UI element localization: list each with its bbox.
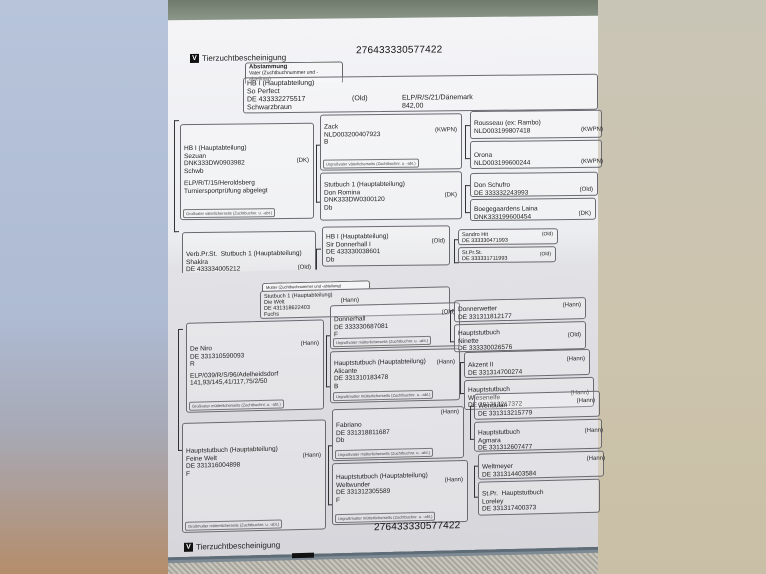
certificate-number-footer: 276433330577422 xyxy=(374,520,460,533)
sire-performance: ELP/R/S/21/Dänemark xyxy=(402,94,473,103)
mgd-dam-box: Hauptstutbuch (Hauptabteilung) Weltwunde… xyxy=(332,460,468,525)
mgs-sire-box: Donnerhall DE 333330687081 F (Old) Urgro… xyxy=(330,302,460,349)
ggp5-ueln: DE 333330471993 xyxy=(462,237,554,244)
mgs-caption: Großvater mütterlicherseits (Zuchtbuchnr… xyxy=(189,399,284,411)
ggp6-ueln: DE 333331711993 xyxy=(462,255,552,262)
background-left-blur xyxy=(0,0,170,574)
background-right-blur xyxy=(598,0,766,574)
pgss-studbook: (KWPN) xyxy=(435,127,457,135)
mgd-caption: Großmutter mütterlicherseits (Zuchtbuchn… xyxy=(185,519,282,531)
maternal-granddam-box: Hauptstutbuch (Hauptabteilung) Feine Wel… xyxy=(182,419,326,533)
mgd-sire-box: Fabriano DE 331318811687 Db (Hann) Urgro… xyxy=(332,406,464,461)
pgd-registry: Stutbuch 1 (Hauptabteilung) xyxy=(221,250,302,258)
pgsd-color: Db xyxy=(324,203,458,212)
mgs-dam-box: Hauptstutbuch (Hauptabteilung) Alicante … xyxy=(330,348,460,403)
ggp-box-8: St.Pr. Hauptstutbuch Loreley DE 33131740… xyxy=(478,479,600,516)
pgs-caption: Großvater väterlicherseits (Zuchtbuchnr.… xyxy=(183,208,275,218)
mggp6-studbook: (Hann) xyxy=(585,428,603,436)
pgs-studbook: (DK) xyxy=(297,158,309,166)
ggp3-studbook: (Old) xyxy=(580,187,593,195)
mgd-studbook: (Hann) xyxy=(303,453,321,461)
ggp5-studbook: (Old) xyxy=(542,231,553,237)
ggp2-studbook: (KWPN) xyxy=(581,159,603,167)
pgs-note: Turniersportprüfung abgelegt xyxy=(184,186,310,195)
mgdd-studbook: (Hann) xyxy=(445,477,463,485)
mggp7-studbook: (Hann) xyxy=(587,456,605,464)
paternal-grandsire-box: HB I (Hauptabteilung) Sezuan DNK333DW090… xyxy=(180,123,314,220)
ggp1-studbook: (KWPN) xyxy=(581,127,603,135)
ggp-box-1: Donnerwetter DE 331311812177 (Hann) xyxy=(454,297,586,322)
ggp4-ueln: DNK333199600454 xyxy=(474,212,592,221)
pgds-color: Db xyxy=(326,255,446,264)
pgds-studbook: (Old) xyxy=(432,238,445,246)
mgsd-caption: Urgroßmutter mütterlicherseits (Zuchtbuc… xyxy=(333,389,433,401)
pgsd-studbook: (DK) xyxy=(445,192,457,200)
ggp6-studbook: (Old) xyxy=(540,251,551,257)
pedigree-page-top: VTierzuchtbescheinigung 276433330577422 … xyxy=(168,16,598,289)
pgs-dam-box: Stutbuch 1 (Hauptabteilung) Don Romina D… xyxy=(320,171,462,220)
mgds-caption: Urgroßvater mütterlicherseits (Zuchtbuch… xyxy=(335,447,433,459)
ggp-box-2: Orona NLD003199600244 (KWPN) xyxy=(470,140,602,169)
pgd-prefix: Verb.Pr.St. xyxy=(186,251,217,258)
v-badge-icon: V xyxy=(190,54,199,63)
sire-studbook: (Old) xyxy=(352,95,368,103)
page-tab-marker xyxy=(292,553,314,559)
pgd-sire-box: HB I (Hauptabteilung) Sir Donnerhall I D… xyxy=(322,225,450,266)
mgss-caption: Urgroßvater mütterlicherseits (Zuchtbuch… xyxy=(333,335,431,347)
certificate-number: 276433330577422 xyxy=(356,44,442,56)
mggp1-studbook: (Hann) xyxy=(563,302,581,310)
v-badge-icon: V xyxy=(184,543,193,552)
pgss-caption: Urgroßvater väterlicherseits (Zuchtbuchn… xyxy=(323,158,419,169)
ggp-box-6: St.Pr.St. DE 333331711993 (Old) xyxy=(458,246,556,263)
pedigree-connector xyxy=(174,120,179,232)
sire-score: 842,00 xyxy=(402,103,423,111)
mggp2-studbook: (Old) xyxy=(568,332,581,340)
pgss-color: B xyxy=(324,137,458,146)
ggp3-ueln: DE 333332243993 xyxy=(474,188,594,197)
mggp3-studbook: (Hann) xyxy=(567,356,585,364)
ggp-box-4: Boegegaardens Laina DNK333199600454 (DK) xyxy=(470,198,596,221)
ggp-box-3: Akzent II DE 331314700274 (Hann) xyxy=(464,349,590,378)
maternal-grandsire-box: De Niro DE 331310590093 R (Hann) ELP/039… xyxy=(186,319,324,412)
mgds-studbook: (Hann) xyxy=(441,409,459,417)
ggp-box-5: Sandro Hit DE 333330471993 (Old) xyxy=(458,228,558,245)
ggp-box-5: Wendulan DE 331313215779 (Hann) xyxy=(474,391,600,420)
ggp-box-7: Weltmeyer DE 331314403584 (Hann) xyxy=(478,451,604,480)
mgsd-studbook: (Hann) xyxy=(437,359,455,367)
dam-studbook: (Hann) xyxy=(341,298,359,304)
ggp2-ueln: NLD003199600244 xyxy=(474,158,598,167)
pedigree-page-bottom: Mutter (Zuchtbuchnummer und -abteilung) … xyxy=(168,263,598,558)
pgs-sire-box: Zack NLD003200407923 B (KWPN) Urgroßvate… xyxy=(320,113,462,170)
mgs-studbook: (Hann) xyxy=(301,341,319,349)
ggp-box-6: Hauptstutbuch Agmara DE 331312607477 (Ha… xyxy=(474,419,602,452)
ggp-box-2: Hauptstutbuch Ninette DE 333330026576 (O… xyxy=(454,321,586,352)
ggp1-ueln: NLD003199807418 xyxy=(474,126,598,135)
document-footer: VTierzuchtbescheinigung xyxy=(184,541,280,553)
ggp4-studbook: (DK) xyxy=(579,211,591,219)
mggp5-studbook: (Hann) xyxy=(577,398,595,406)
ggp-box-1: Rousseau (ex: Rambo) NLD003199807418 (KW… xyxy=(470,110,602,139)
mggp8-prefix: St.Pr. xyxy=(482,490,498,497)
mggp8-ueln: DE 331317400373 xyxy=(482,503,596,513)
document-title-footer: Tierzuchtbescheinigung xyxy=(196,541,280,552)
sire-box: HB I (Hauptabteilung) So Perfect DE 4333… xyxy=(243,74,598,114)
mggp8-registry: Hauptstutbuch xyxy=(502,489,544,497)
ggp-box-3: Don Schufro DE 333332243993 (Old) xyxy=(470,172,598,197)
